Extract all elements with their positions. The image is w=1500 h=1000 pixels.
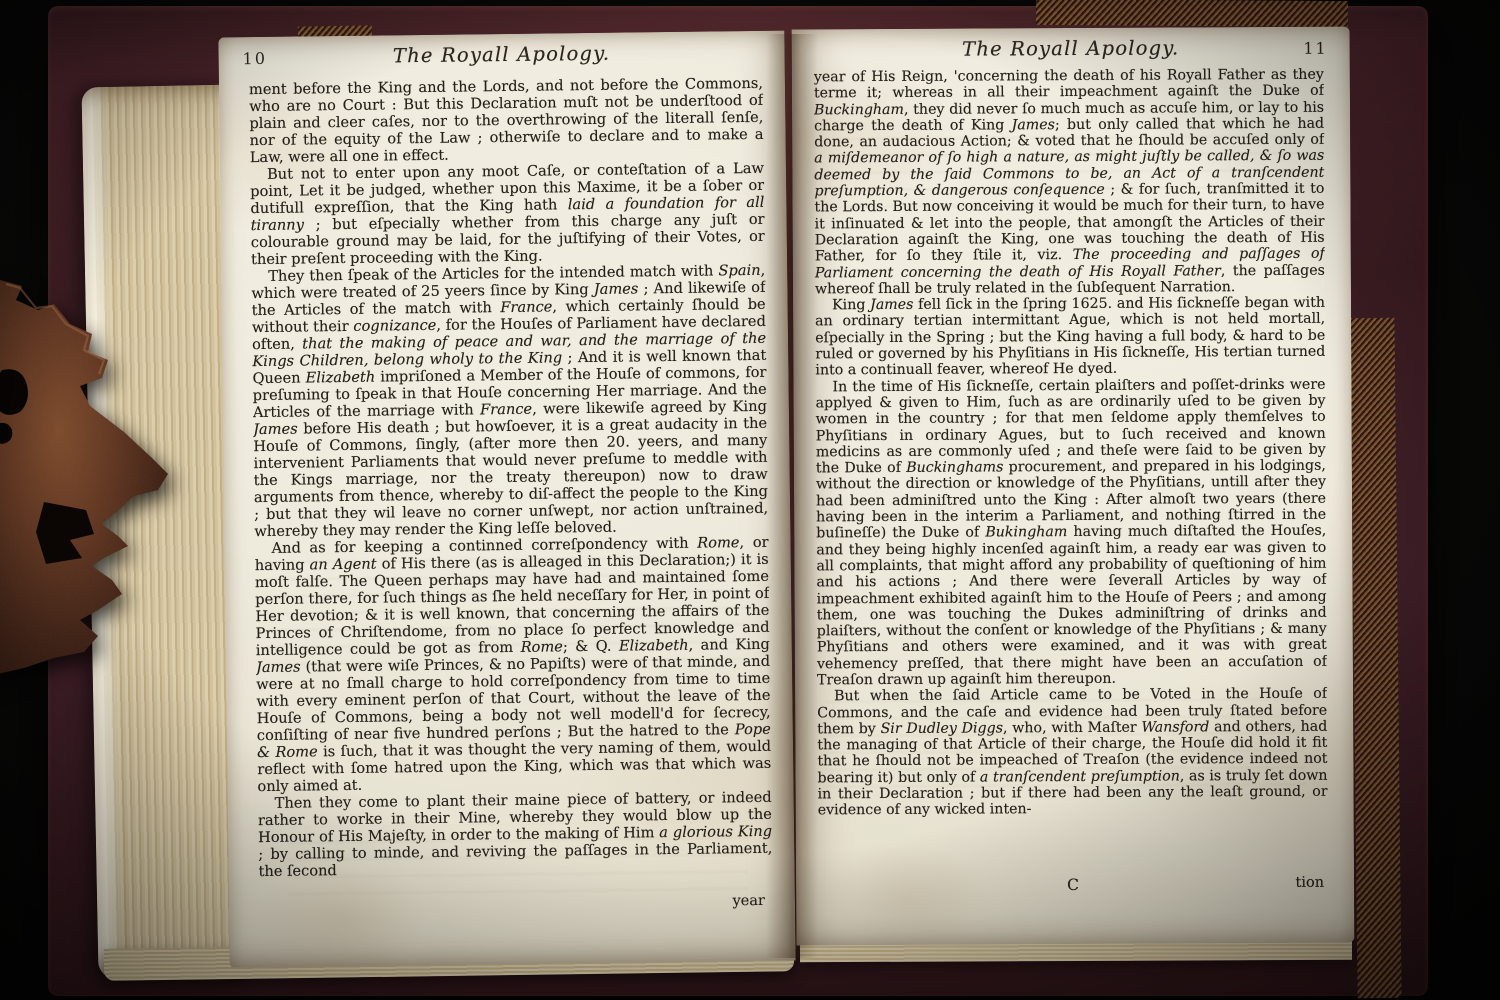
right-page-catchword: tion <box>1295 875 1324 891</box>
paragraph: But when the ſaid Article came to be Vot… <box>817 686 1328 819</box>
paragraph: And as for keeping a continned correſpon… <box>254 534 771 795</box>
copper-clasp-ornament <box>0 274 192 678</box>
paragraph: Then they come to plant their maine piec… <box>258 789 773 880</box>
paragraph: But not to enter upon any moot Caſe, or … <box>250 160 765 268</box>
right-running-title: The Royall Apology. <box>792 36 1350 62</box>
paragraph: In the time of His ſickneſſe, certain pl… <box>815 376 1327 688</box>
right-page-number: 11 <box>1303 39 1327 58</box>
signature-mark: C <box>1067 876 1079 894</box>
cover-cloth-stripe-top <box>1036 0 1348 27</box>
left-page-catchword: year <box>732 893 765 909</box>
book-photograph: { "book": { "left_page": { "page_number"… <box>0 0 1500 1000</box>
left-page: 10 The Royall Apology. ment before the K… <box>218 31 795 968</box>
paragraph: King James fell ſick in the ſpring 1625.… <box>815 295 1325 379</box>
left-page-text: ment before the King and the Lords, and … <box>249 75 773 893</box>
right-page-text: year of His Reign, 'concerning the death… <box>814 67 1328 876</box>
paragraph: year of His Reign, 'concerning the death… <box>814 67 1325 298</box>
paragraph: ment before the King and the Lords, and … <box>249 75 764 166</box>
paragraph: They then ſpeak of the Articles for the … <box>251 262 768 540</box>
cover-cloth-stripe-right <box>1350 318 1401 998</box>
left-page-number: 10 <box>242 49 267 68</box>
right-page: 11 The Royall Apology. year of His Reign… <box>792 27 1355 946</box>
right-page-direction-line: C tion <box>818 875 1328 896</box>
left-running-title: The Royall Apology. <box>218 40 784 70</box>
